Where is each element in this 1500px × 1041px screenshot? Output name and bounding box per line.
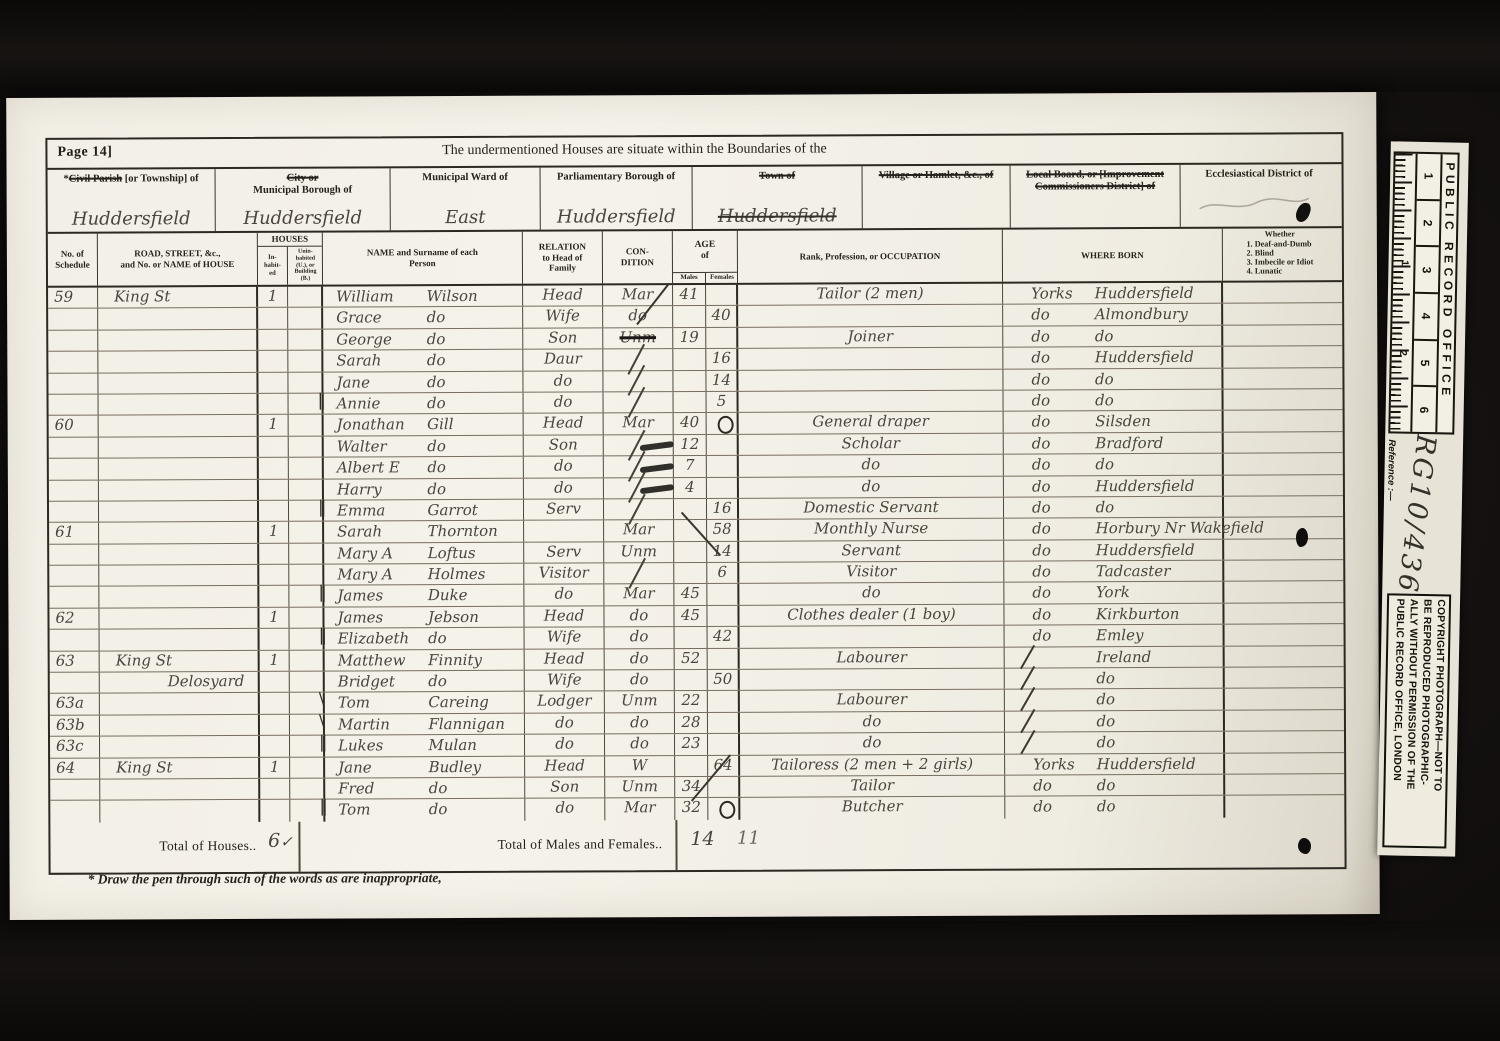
cell-where-born: do [1005, 689, 1225, 710]
cell-schedule: 63c [50, 737, 100, 758]
surname: do [427, 330, 446, 349]
cell-relation: do [524, 457, 604, 478]
cell-age-female [708, 691, 740, 712]
cell-occupation [738, 305, 1003, 327]
cell-infirmity [1224, 496, 1338, 517]
born-place: Kirkburton [1096, 605, 1180, 624]
totals-row: Total of Houses.. 6✓ Total of Males and … [50, 817, 1344, 873]
given-name: Tom [338, 694, 370, 713]
cell-relation: do [524, 478, 604, 499]
cell-condition [604, 499, 674, 520]
cell-inhabited [259, 479, 289, 500]
cell-road: King St [100, 651, 260, 672]
cell-road: Delosyard [100, 672, 260, 693]
cell-relation: Serv [524, 542, 604, 563]
surname: do [427, 394, 446, 413]
cell-name: Georgedo [323, 329, 523, 350]
cell-where-born: doAlmondbury [1003, 304, 1223, 325]
cell-road [99, 415, 259, 436]
surname: Jebson [428, 608, 479, 627]
cell-age-male [674, 542, 707, 563]
condition-value: do [630, 606, 649, 624]
pen-mark: \ [319, 691, 325, 710]
cell-schedule: 63b [50, 715, 100, 736]
cell-relation: Wife [523, 307, 603, 328]
cell-inhabited [258, 372, 288, 393]
cell-schedule: 64 [50, 758, 100, 779]
surname: Wilson [427, 287, 478, 306]
cell-where-born: do [1005, 710, 1225, 731]
cell-name: ‖EmmaGarrot [324, 500, 524, 521]
cell-condition: do [605, 713, 675, 734]
cell-uninhabited [290, 757, 325, 778]
cell-schedule [49, 437, 99, 458]
handwritten-value: East [445, 207, 485, 228]
given-name: Lukes [338, 737, 383, 756]
ruler-cell-number: 6 [1417, 406, 1431, 413]
cell-age-male [674, 563, 707, 584]
born-place: do [1096, 498, 1115, 517]
cell-road [98, 308, 258, 329]
given-name: Grace [336, 309, 381, 328]
cell-infirmity [1223, 368, 1337, 389]
cell-inhabited: 1 [260, 757, 290, 778]
cell-uninhabited [289, 458, 324, 479]
cell-age-female: 16 [707, 499, 739, 520]
cell-infirmity [1223, 282, 1337, 303]
given-name: Matthew [338, 651, 406, 670]
cell-age-male: 12 [674, 435, 707, 456]
given-name: Annie [337, 394, 381, 413]
cell-road [99, 479, 259, 500]
location-field-value [1181, 224, 1338, 225]
cell-age-male: 7 [674, 456, 707, 477]
cell-where-born: dodo [1005, 796, 1225, 818]
cell-relation [524, 521, 604, 542]
cell-occupation: Scholar [739, 433, 1004, 455]
born-county: Yorks [1033, 755, 1075, 774]
cell-condition [604, 456, 674, 477]
cell-road [99, 522, 259, 543]
cell-inhabited: 1 [259, 522, 289, 543]
cell-age-male [675, 756, 708, 777]
cell-road [98, 351, 258, 372]
given-name: Elizabeth [338, 629, 410, 648]
label-segment: City or [287, 173, 319, 184]
cell-where-born: doYork [1004, 582, 1224, 603]
cell-age-male: 40 [674, 413, 707, 434]
cell-where-born: doHuddersfield [1004, 539, 1224, 560]
location-field-label: City or Municipal Borough of [216, 168, 390, 197]
cell-occupation: Tailoress (2 men + 2 girls) [740, 754, 1005, 776]
cell-schedule: 59 [48, 288, 98, 309]
cell-condition: do [605, 627, 675, 648]
condition-value: Mar [624, 799, 656, 817]
given-name: Sarah [337, 523, 382, 542]
location-field-label: Local Board, or [Improvement Commissione… [1011, 165, 1180, 194]
cell-name: ‖Elizabethdo [325, 628, 525, 649]
cell-occupation [739, 391, 1004, 413]
label-segment: Local Board, or [Improvement Commissione… [1026, 169, 1164, 193]
cell-schedule [49, 480, 99, 501]
label-segment: Parliamentary Borough of [557, 171, 675, 183]
cell-schedule [49, 459, 99, 480]
cell-condition: Unm [603, 328, 673, 349]
location-field-label: Ecclesiastical District of [1181, 164, 1338, 181]
born-place: do [1095, 327, 1114, 346]
cell-age-male [673, 306, 706, 327]
ruler-cell-number: 2 [1421, 220, 1435, 227]
col-age: AGE of Males Females [673, 231, 738, 283]
cell-relation: Serv [524, 499, 604, 520]
cell-inhabited [258, 351, 288, 372]
label-segment: Town of [759, 171, 795, 182]
cell-condition [603, 349, 673, 370]
given-name: Bridget [338, 672, 395, 691]
location-field: Parliamentary Borough ofHuddersfield [541, 167, 693, 230]
cell-relation: Head [525, 649, 605, 670]
cell-condition: W [605, 756, 675, 777]
col-road: ROAD, STREET, &c., and No. or NAME of HO… [98, 233, 258, 286]
cell-age-male [674, 499, 707, 520]
cell-inhabited [260, 800, 290, 822]
cell-infirmity [1225, 689, 1339, 710]
cell-age-female: 5 [707, 392, 739, 413]
cell-relation: Head [524, 606, 604, 627]
cell-where-born: doHuddersfield [1004, 475, 1224, 496]
cell-occupation [740, 669, 1005, 691]
given-name: James [337, 608, 383, 627]
cell-inhabited [260, 715, 290, 736]
cell-schedule: 62 [49, 608, 99, 629]
cell-age-male [674, 392, 707, 413]
ink-blot [1298, 838, 1311, 854]
cell-infirmity [1224, 560, 1338, 581]
born-place: Bradford [1095, 434, 1163, 453]
cell-road [99, 544, 259, 565]
born-place: Emley [1096, 626, 1143, 645]
cell-where-born: do [1005, 668, 1225, 689]
cell-occupation [738, 369, 1003, 391]
born-place: Huddersfield [1097, 754, 1196, 773]
cell-relation: do [523, 371, 603, 392]
cell-inhabited: 1 [260, 650, 290, 671]
ink-smudge [639, 441, 673, 451]
pen-mark: ‖ [319, 798, 328, 817]
cell-age-female [707, 413, 739, 434]
label-segment: Municipal Ward of [422, 172, 508, 183]
col-males: Males [673, 273, 706, 283]
born-place: do [1097, 776, 1116, 795]
col-inhabited: In- habit- ed [258, 247, 288, 285]
cell-where-born: doEmley [1005, 625, 1225, 646]
location-field-value [863, 226, 1010, 227]
cell-condition: do [605, 670, 675, 691]
cell-condition [604, 435, 674, 456]
born-county: do [1032, 456, 1051, 475]
cell-road [99, 458, 259, 479]
cell-occupation: Clothes dealer (1 boy) [739, 605, 1004, 627]
cell-inhabited [259, 501, 289, 522]
cell-occupation: Visitor [739, 562, 1004, 584]
ink-smudge [640, 484, 674, 494]
cell-age-female [708, 713, 740, 734]
cell-infirmity [1223, 325, 1337, 346]
cell-inhabited [258, 308, 288, 329]
given-name: George [336, 330, 392, 349]
born-county: do [1032, 605, 1051, 624]
cell-name: JonathanGill [324, 414, 524, 435]
label-segment: [or Township] of [122, 173, 199, 184]
cell-name: \MartinFlannigan [325, 714, 525, 735]
cell-schedule [49, 587, 99, 608]
cell-inhabited [260, 736, 290, 757]
pen-mark: \ [319, 712, 325, 731]
surname: do [427, 373, 446, 392]
reference-section: Reference :— RG10/4368 [1382, 437, 1463, 588]
location-field-label: Municipal Ward of [391, 168, 540, 185]
cell-where-born: do [1005, 732, 1225, 753]
ruler-cell: 5 [1413, 340, 1437, 387]
cell-relation: Wife [525, 628, 605, 649]
film-edge-top [0, 0, 1500, 92]
cell-inhabited [258, 330, 288, 351]
cell-age-female: 50 [708, 670, 740, 691]
census-form: Page 14] The undermentioned Houses are s… [45, 132, 1346, 874]
cell-schedule [50, 673, 100, 694]
cell-uninhabited [288, 372, 323, 393]
cell-uninhabited [289, 415, 324, 436]
cell-age-female [707, 435, 739, 456]
cell-age-female: 14 [706, 370, 738, 391]
cell-relation: Son [523, 328, 603, 349]
cell-schedule [49, 566, 99, 587]
condition-value: Mar [623, 520, 655, 538]
cell-inhabited [260, 779, 290, 800]
cell-age-female [706, 328, 738, 349]
surname: Duke [428, 586, 468, 605]
surname: Flannigan [428, 715, 505, 734]
cell-road [99, 501, 259, 522]
ruler-cell-number: 1 [1422, 173, 1436, 180]
cell-name: Gracedo [323, 307, 523, 328]
cell-road [99, 394, 259, 415]
cell-condition: Unm [605, 777, 675, 798]
location-field: City or Municipal Borough ofHuddersfield [216, 168, 391, 231]
location-field-value: Huddersfield [693, 205, 862, 227]
cell-infirmity [1224, 453, 1338, 474]
cell-schedule: 63a [50, 694, 100, 715]
condition-value: do [630, 649, 649, 667]
cell-road [99, 608, 259, 629]
cell-inhabited: 1 [259, 608, 289, 629]
cell-schedule: 60 [49, 416, 99, 437]
born-place: Tadcaster [1096, 562, 1171, 581]
cell-condition [604, 392, 674, 413]
cell-occupation: Domestic Servant [739, 498, 1004, 520]
cell-schedule [48, 373, 98, 394]
cell-schedule [49, 395, 99, 416]
location-field-value: Huddersfield [216, 207, 390, 229]
given-name: Harry [337, 480, 382, 499]
cell-age-female [708, 777, 740, 798]
location-field: Town ofHuddersfield [693, 166, 863, 229]
cell-occupation: Labourer [740, 647, 1005, 669]
cell-schedule [48, 352, 98, 373]
born-county: do [1033, 798, 1052, 817]
cell-condition: Mar [605, 798, 675, 820]
location-field-value [1011, 225, 1180, 226]
cell-inhabited [259, 458, 289, 479]
born-place: do [1095, 455, 1114, 474]
born-county: do [1033, 776, 1052, 795]
cell-relation: Son [524, 435, 604, 456]
cell-infirmity [1225, 624, 1339, 645]
given-name: William [336, 287, 394, 306]
ruler-ticks-major [1390, 153, 1412, 431]
cell-uninhabited [290, 650, 325, 671]
cell-age-male: 23 [675, 734, 708, 755]
given-name: Jonathan [337, 416, 405, 435]
condition-value: Unm [620, 542, 657, 560]
born-place: do [1095, 370, 1114, 389]
footnote: * Draw the pen through such of the words… [88, 870, 442, 888]
cell-road [99, 437, 259, 458]
col-uninhabited: Unin- habited (U.), or Building (B.) [288, 246, 323, 284]
given-name: Sarah [336, 352, 381, 371]
cell-occupation: General draper [739, 412, 1004, 434]
cell-relation: do [524, 585, 604, 606]
cell-name: Bridgetdo [325, 671, 525, 692]
pen-mark: ‖ [318, 499, 327, 518]
cell-occupation: Labourer [740, 690, 1005, 712]
cell-schedule [50, 780, 100, 801]
born-county: do [1032, 498, 1051, 517]
condition-value: do [630, 734, 649, 752]
pro-label-strip: 12 123456 PUBLIC RECORD OFFICE Reference… [1377, 141, 1469, 856]
col-condition: CON- DITION [603, 231, 673, 283]
col-relation: RELATION to Head of Family [523, 231, 603, 283]
location-field-value: Huddersfield [48, 208, 215, 230]
given-name: Mary A [337, 544, 393, 563]
cell-where-born: doKirkburton [1004, 604, 1224, 625]
cell-road [100, 629, 260, 650]
born-county: do [1032, 520, 1051, 539]
born-county: do [1031, 370, 1050, 389]
born-county: do [1032, 434, 1051, 453]
cell-age-male: 41 [673, 285, 706, 306]
cell-where-born: doSilsden [1004, 411, 1224, 432]
cell-relation: Visitor [524, 563, 604, 584]
col-schedule: No. of Schedule [48, 234, 98, 286]
cell-where-born: doHuddersfield [1003, 347, 1223, 368]
surname: do [428, 672, 447, 691]
surname: Holmes [428, 565, 486, 584]
cell-relation: Head [525, 756, 605, 777]
ruler-inch-number: 1 [1399, 260, 1410, 266]
cell-schedule: 61 [49, 523, 99, 544]
cell-where-born: YorksHuddersfield [1003, 283, 1223, 304]
cell-age-male: 45 [674, 584, 707, 605]
label-segment: Village or Hamlet, &c., of [879, 170, 994, 181]
total-houses-label: Total of Houses.. [50, 838, 256, 855]
cell-occupation [738, 348, 1003, 370]
condition-value: Mar [622, 285, 654, 303]
location-field-label: Village or Hamlet, &c., of [863, 166, 1010, 183]
cell-infirmity [1224, 539, 1338, 560]
ruler-cell: 6 [1412, 387, 1436, 432]
cell-age-female [706, 285, 738, 306]
given-name: Tom [338, 801, 370, 820]
reference-label: Reference :— [1385, 439, 1397, 500]
given-name: Fred [338, 779, 374, 798]
cell-occupation: do [739, 583, 1004, 605]
born-place: do [1095, 391, 1114, 410]
cell-inhabited [259, 436, 289, 457]
born-place: Ireland [1096, 648, 1151, 667]
cell-age-male: 45 [674, 606, 707, 627]
col-whether-label: Whether [1265, 229, 1295, 239]
ink-smudge [639, 463, 673, 473]
cell-infirmity [1224, 475, 1338, 496]
surname: Careing [428, 693, 489, 712]
cell-road [100, 715, 260, 736]
cell-occupation [740, 626, 1005, 648]
cell-age-female: 40 [706, 306, 738, 327]
surname: Garrot [427, 501, 477, 520]
surname: do [429, 779, 448, 798]
cell-condition [603, 371, 673, 392]
col-age-label: AGE of [695, 231, 716, 272]
born-county: do [1032, 584, 1051, 603]
cell-uninhabited [288, 351, 323, 372]
col-females: Females [706, 273, 738, 283]
born-place: do [1097, 733, 1116, 752]
cell-where-born: doBradford [1004, 432, 1224, 453]
cell-where-born: dodo [1004, 454, 1224, 475]
col-infirmities: Whether 1. Deaf-and-Dumb 2. Blind 3. Imb… [1223, 228, 1337, 280]
ink-oval [719, 801, 735, 819]
cell-age-female [708, 798, 740, 820]
cell-road [100, 736, 260, 757]
cell-name: Freddo [325, 778, 525, 799]
page-title: The undermentioned Houses are situate wi… [47, 140, 1221, 161]
handwritten-value: Huddersfield [243, 207, 362, 229]
cell-condition: Unm [604, 542, 674, 563]
cell-infirmity [1225, 646, 1339, 667]
total-females-value: 11 [726, 827, 770, 848]
cell-occupation: Tailor [740, 776, 1005, 798]
photo-background: Page 14] The undermentioned Houses are s… [0, 0, 1500, 1041]
cell-condition [604, 563, 674, 584]
cell-name: Sarahdo [323, 350, 523, 371]
location-field: Municipal Ward ofEast [391, 168, 541, 231]
born-place: Huddersfield [1095, 476, 1194, 495]
cell-where-born: Ireland [1005, 646, 1225, 667]
cell-uninhabited [289, 479, 324, 500]
condition-value: do [630, 713, 649, 731]
census-rows: 59King St1WilliamWilsonHeadMar41Tailor (… [48, 282, 1344, 822]
column-headers: No. of Schedule ROAD, STREET, &c., and N… [48, 228, 1342, 288]
cell-schedule [49, 501, 99, 522]
born-county: do [1031, 306, 1050, 325]
condition-value: Unm [621, 777, 658, 795]
condition-value: W [632, 756, 648, 774]
born-county: do [1032, 391, 1051, 410]
cell-age-female: 42 [708, 627, 740, 648]
born-county: do [1032, 563, 1051, 582]
cell-where-born: dodo [1003, 325, 1223, 346]
